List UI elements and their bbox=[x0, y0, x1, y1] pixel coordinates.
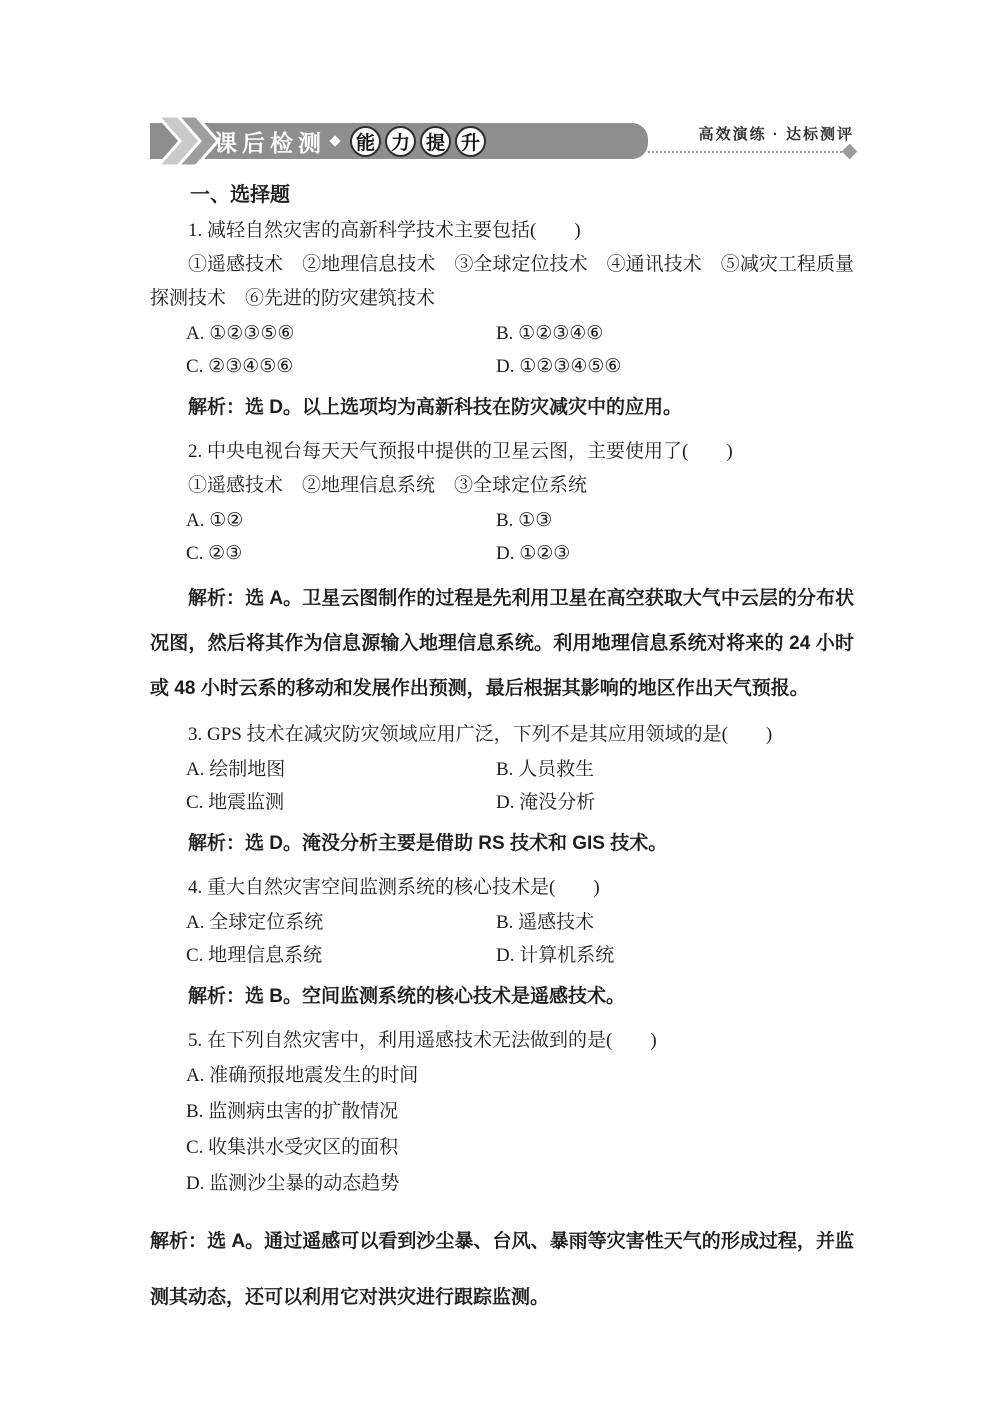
circled-char: 力 bbox=[385, 126, 416, 157]
question-numbered-items: ①遥感技术 ②地理信息技术 ③全球定位技术 ④通讯技术 ⑤减灾工程质量探测技术 … bbox=[150, 248, 854, 316]
section-title: 一、选择题 bbox=[150, 178, 854, 207]
question-stem: 3. GPS 技术在减灾防灾领域应用广泛，下列不是其应用领域的是( ) bbox=[150, 718, 854, 752]
header-right-label: 高效演练 · 达标测评 bbox=[699, 123, 854, 144]
diamond-separator-icon bbox=[329, 135, 340, 146]
option-c: C. ②③ bbox=[186, 537, 496, 570]
page-header: 课后检测 能 力 提 升 高效演练 · 达标测评 bbox=[150, 120, 854, 164]
option-grid: A. ①② B. ①③ C. ②③ D. ①②③ bbox=[150, 504, 854, 570]
option-c: C. 收集洪水受灾区的面积 bbox=[186, 1130, 854, 1166]
option-d: D. ①②③ bbox=[496, 537, 854, 570]
answer-analysis: 解析：选 D。以上选项均为高新科技在防灾减灾中的应用。 bbox=[150, 391, 854, 425]
option-a: A. 全球定位系统 bbox=[186, 906, 496, 939]
option-b: B. ①③ bbox=[496, 504, 854, 537]
option-grid: A. 绘制地图 B. 人员救生 C. 地震监测 D. 淹没分析 bbox=[150, 753, 854, 819]
circled-char: 升 bbox=[455, 126, 486, 157]
option-grid: A. ①②③⑤⑥ B. ①②③④⑥ C. ②③④⑤⑥ D. ①②③④⑤⑥ bbox=[150, 317, 854, 383]
option-c: C. 地理信息系统 bbox=[186, 939, 496, 972]
answer-analysis: 解析：选 A。卫星云图制作的过程是先利用卫星在高空获取大气中云层的分布状况图，然… bbox=[150, 576, 854, 711]
diamond-end-icon bbox=[842, 144, 858, 160]
answer-analysis: 解析：选 B。空间监测系统的核心技术是遥感技术。 bbox=[150, 980, 854, 1014]
option-list: A. 准确预报地震发生的时间 B. 监测病虫害的扩散情况 C. 收集洪水受灾区的… bbox=[150, 1058, 854, 1202]
banner-title: 课后检测 bbox=[214, 125, 326, 158]
header-banner: 课后检测 能 力 提 升 bbox=[150, 123, 648, 159]
question-stem: 1. 减轻自然灾害的高新科学技术主要包括( ) bbox=[150, 214, 854, 248]
answer-analysis: 解析：选 D。淹没分析主要是借助 RS 技术和 GIS 技术。 bbox=[150, 827, 854, 861]
question-5: 5. 在下列自然灾害中，利用遥感技术无法做到的是( ) A. 准确预报地震发生的… bbox=[150, 1024, 854, 1326]
worksheet-page: 课后检测 能 力 提 升 高效演练 · 达标测评 一、选择题 1. 减轻自然灾害… bbox=[0, 0, 1000, 1414]
option-a: A. 准确预报地震发生的时间 bbox=[186, 1058, 854, 1094]
option-b: B. 人员救生 bbox=[496, 753, 854, 786]
option-d: D. 监测沙尘暴的动态趋势 bbox=[186, 1166, 854, 1202]
page-content: 课后检测 能 力 提 升 高效演练 · 达标测评 一、选择题 1. 减轻自然灾害… bbox=[150, 120, 854, 1330]
question-1: 1. 减轻自然灾害的高新科学技术主要包括( ) ①遥感技术 ②地理信息技术 ③全… bbox=[150, 214, 854, 425]
question-3: 3. GPS 技术在减灾防灾领域应用广泛，下列不是其应用领域的是( ) A. 绘… bbox=[150, 718, 854, 861]
question-2: 2. 中央电视台每天天气预报中提供的卫星云图，主要使用了( ) ①遥感技术 ②地… bbox=[150, 435, 854, 711]
question-stem: 4. 重大自然灾害空间监测系统的核心技术是( ) bbox=[150, 871, 854, 905]
circled-char: 提 bbox=[420, 126, 451, 157]
option-grid: A. 全球定位系统 B. 遥感技术 C. 地理信息系统 D. 计算机系统 bbox=[150, 906, 854, 972]
option-d: D. 计算机系统 bbox=[496, 939, 854, 972]
option-c: C. 地震监测 bbox=[186, 786, 496, 819]
double-chevron-icon bbox=[150, 114, 226, 168]
option-a: A. 绘制地图 bbox=[186, 753, 496, 786]
option-b: B. 遥感技术 bbox=[496, 906, 854, 939]
option-b: B. ①②③④⑥ bbox=[496, 317, 854, 350]
question-stem: 5. 在下列自然灾害中，利用遥感技术无法做到的是( ) bbox=[150, 1024, 854, 1058]
option-d: D. 淹没分析 bbox=[496, 786, 854, 819]
question-numbered-items: ①遥感技术 ②地理信息系统 ③全球定位系统 bbox=[150, 469, 854, 503]
option-d: D. ①②③④⑤⑥ bbox=[496, 350, 854, 383]
circled-char: 能 bbox=[350, 126, 381, 157]
option-a: A. ①② bbox=[186, 504, 496, 537]
option-b: B. 监测病虫害的扩散情况 bbox=[186, 1094, 854, 1130]
answer-analysis: 解析：选 A。通过遥感可以看到沙尘暴、台风、暴雨等灾害性天气的形成过程，并监测其… bbox=[150, 1214, 854, 1326]
question-4: 4. 重大自然灾害空间监测系统的核心技术是( ) A. 全球定位系统 B. 遥感… bbox=[150, 871, 854, 1014]
dotted-rule bbox=[648, 151, 846, 153]
question-stem: 2. 中央电视台每天天气预报中提供的卫星云图，主要使用了( ) bbox=[150, 435, 854, 469]
option-c: C. ②③④⑤⑥ bbox=[186, 350, 496, 383]
option-a: A. ①②③⑤⑥ bbox=[186, 317, 496, 350]
